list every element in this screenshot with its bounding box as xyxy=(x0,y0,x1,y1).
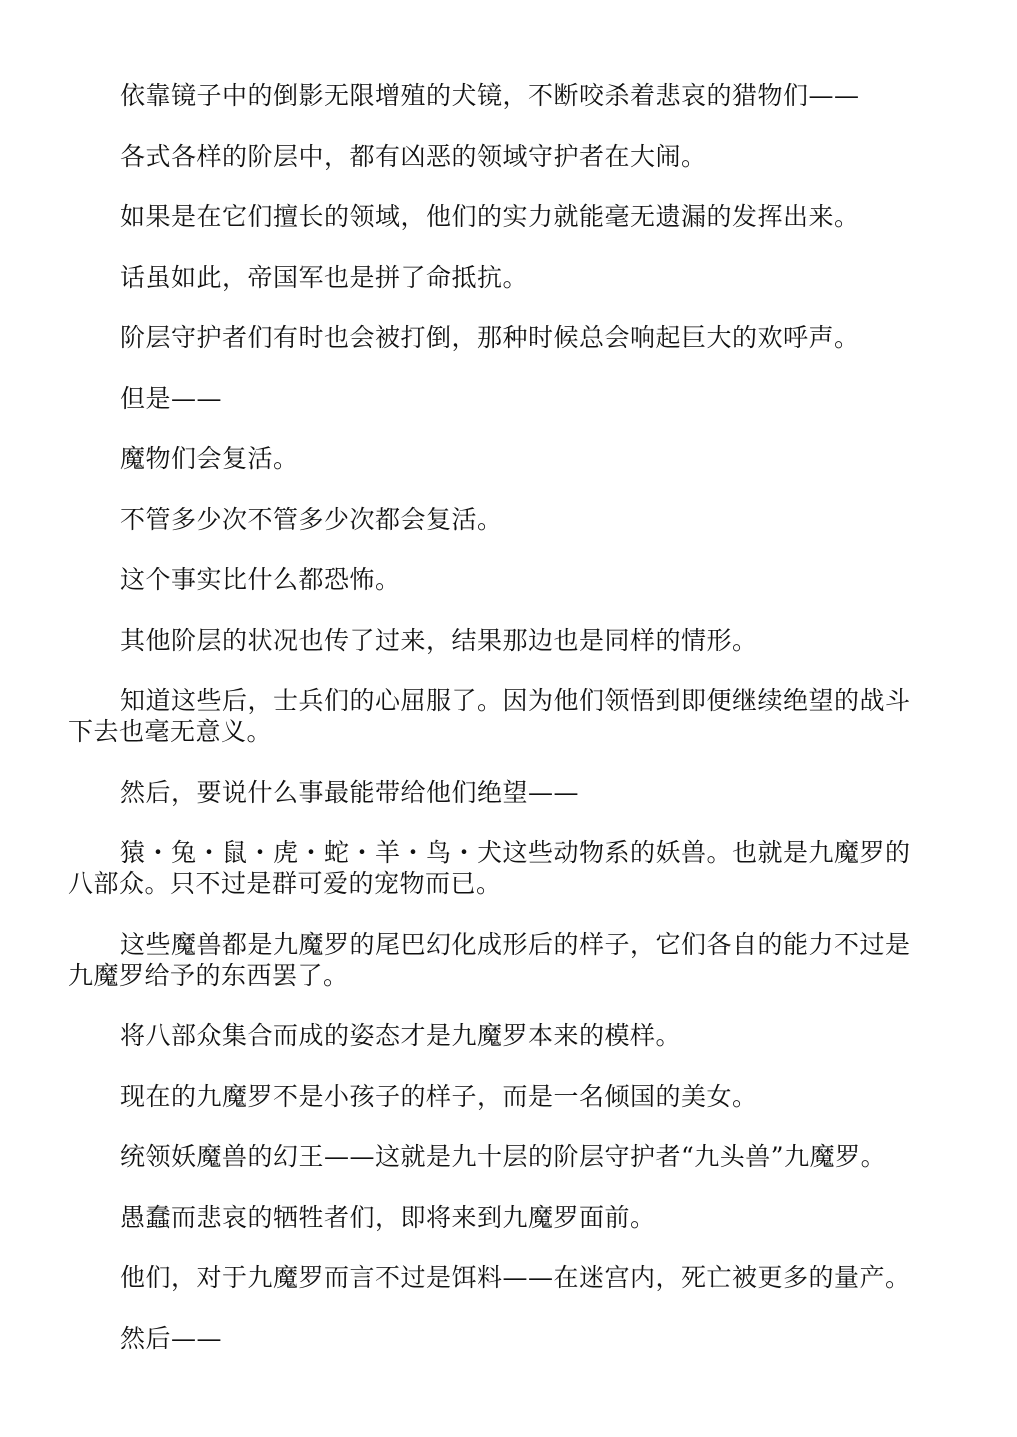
paragraph: 他们，对于九魔罗而言不过是饵料——在迷宫内，死亡被更多的量产。 xyxy=(68,1262,928,1293)
paragraph: 这个事实比什么都恐怖。 xyxy=(68,564,928,595)
document-page: 依靠镜子中的倒影无限增殖的犬镜，不断咬杀着悲哀的猎物们—— 各式各样的阶层中，都… xyxy=(68,80,928,1383)
paragraph: 现在的九魔罗不是小孩子的样子，而是一名倾国的美女。 xyxy=(68,1081,928,1112)
paragraph: 统领妖魔兽的幻王——这就是九十层的阶层守护者“九头兽”九魔罗。 xyxy=(68,1141,928,1172)
paragraph: 依靠镜子中的倒影无限增殖的犬镜，不断咬杀着悲哀的猎物们—— xyxy=(68,80,928,111)
paragraph: 这些魔兽都是九魔罗的尾巴幻化成形后的样子，它们各自的能力不过是九魔罗给予的东西罢… xyxy=(68,929,928,991)
paragraph: 各式各样的阶层中，都有凶恶的领域守护者在大闹。 xyxy=(68,141,928,172)
paragraph: 知道这些后，士兵们的心屈服了。因为他们领悟到即便继续绝望的战斗下去也毫无意义。 xyxy=(68,685,928,747)
paragraph: 然后，要说什么事最能带给他们绝望—— xyxy=(68,777,928,808)
paragraph: 将八部众集合而成的姿态才是九魔罗本来的模样。 xyxy=(68,1020,928,1051)
paragraph: 猿・兔・鼠・虎・蛇・羊・鸟・犬这些动物系的妖兽。也就是九魔罗的八部众。只不过是群… xyxy=(68,837,928,899)
paragraph: 然后—— xyxy=(68,1323,928,1354)
paragraph: 愚蠢而悲哀的牺牲者们，即将来到九魔罗面前。 xyxy=(68,1202,928,1233)
paragraph: 不管多少次不管多少次都会复活。 xyxy=(68,504,928,535)
paragraph: 如果是在它们擅长的领域，他们的实力就能毫无遗漏的发挥出来。 xyxy=(68,201,928,232)
paragraph: 魔物们会复活。 xyxy=(68,443,928,474)
paragraph: 其他阶层的状况也传了过来，结果那边也是同样的情形。 xyxy=(68,625,928,656)
paragraph: 话虽如此，帝国军也是拼了命抵抗。 xyxy=(68,262,928,293)
paragraph: 但是—— xyxy=(68,383,928,414)
paragraph: 阶层守护者们有时也会被打倒，那种时候总会响起巨大的欢呼声。 xyxy=(68,322,928,353)
